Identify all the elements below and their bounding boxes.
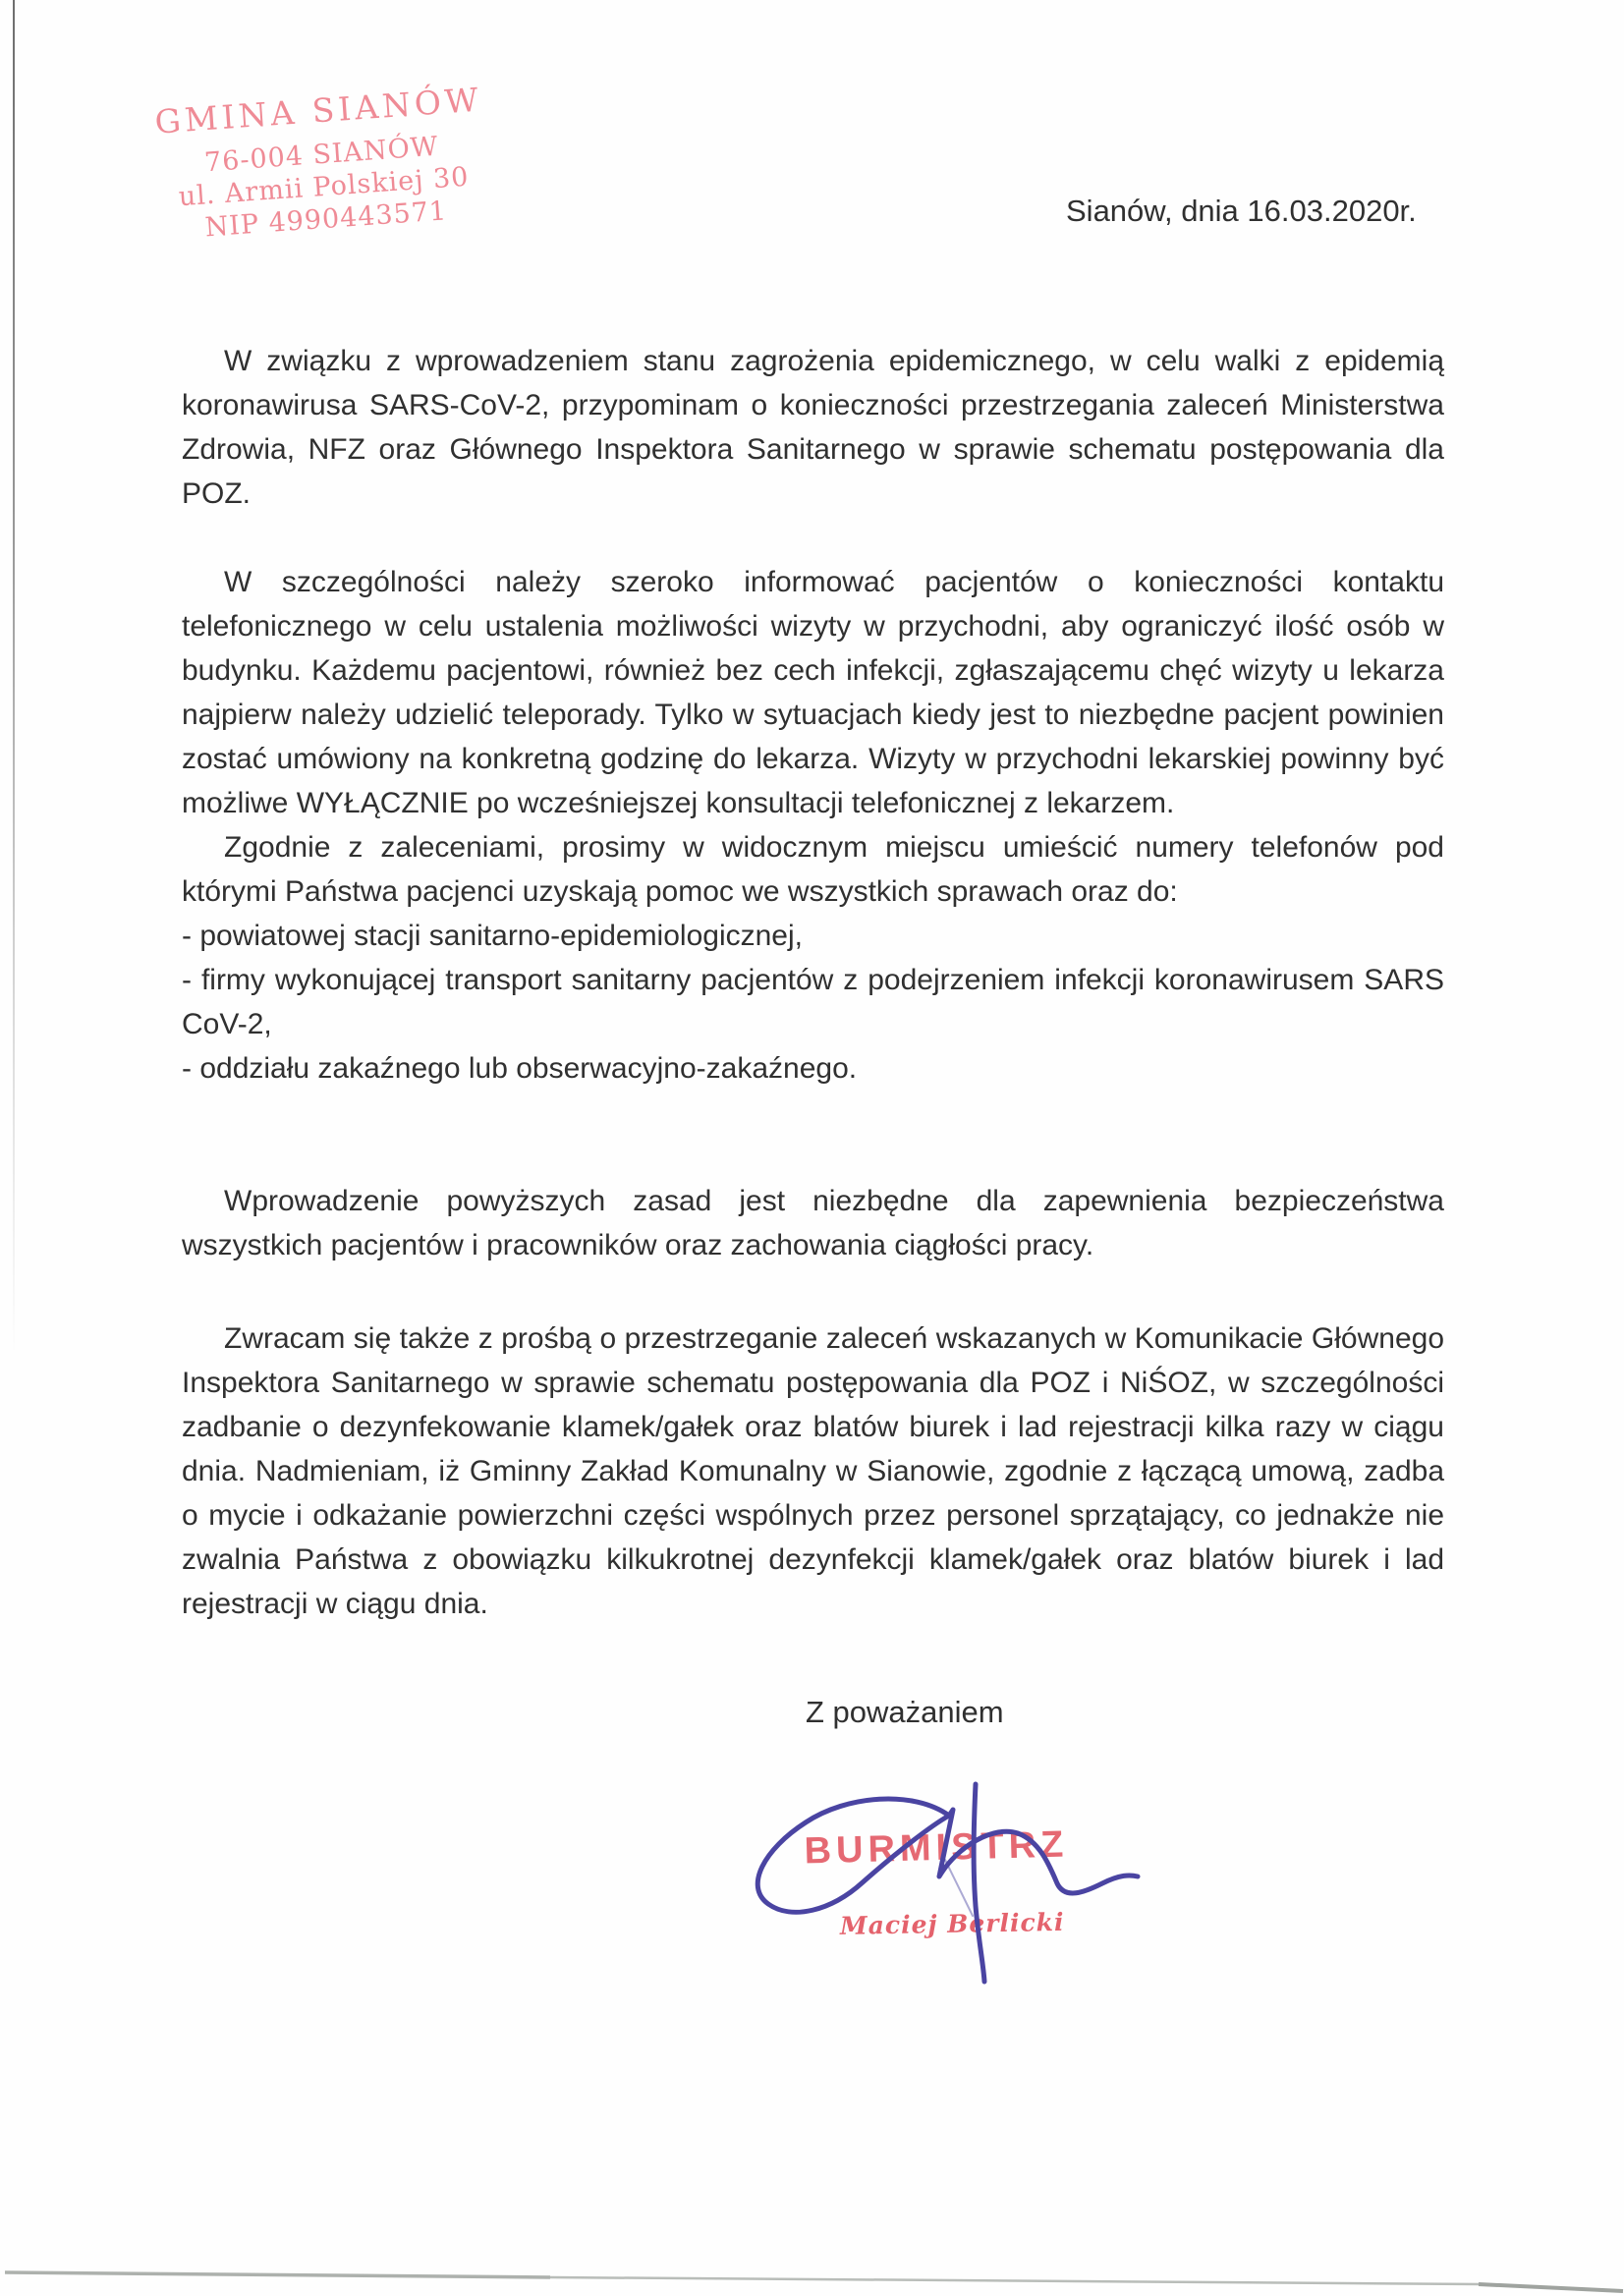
paragraph: - powiatowej stacji sanitarno-epidemiolo… [182,914,1444,958]
paragraph: Wprowadzenie powyższych zasad jest niezb… [182,1179,1444,1267]
letter-page: GMINA SIANÓW 76-004 SIANÓW ul. Armii Pol… [0,0,1624,2296]
scan-artifact-bottom-edge [0,2265,1624,2296]
signature-ink [727,1764,1149,1999]
paragraph: Zgodnie z zaleceniami, prosimy w widoczn… [182,825,1444,914]
paragraph: Zwracam się także z prośbą o przestrzega… [182,1316,1444,1626]
paragraph: W szczególności należy szeroko informowa… [182,560,1444,825]
dateline: Sianów, dnia 16.03.2020r. [1066,194,1439,229]
letter-body: W związku z wprowadzeniem stanu zagrożen… [182,339,1444,1626]
sender-stamp: GMINA SIANÓW 76-004 SIANÓW ul. Armii Pol… [140,83,503,249]
paragraph: - firmy wykonującej transport sanitarny … [182,958,1444,1046]
scan-artifact-left-edge [13,0,15,1356]
paragraph: W związku z wprowadzeniem stanu zagrożen… [182,339,1444,516]
closing-line: Z poważaniem [806,1695,1004,1730]
paragraph: - oddziału zakaźnego lub obserwacyjno-za… [182,1046,1444,1091]
